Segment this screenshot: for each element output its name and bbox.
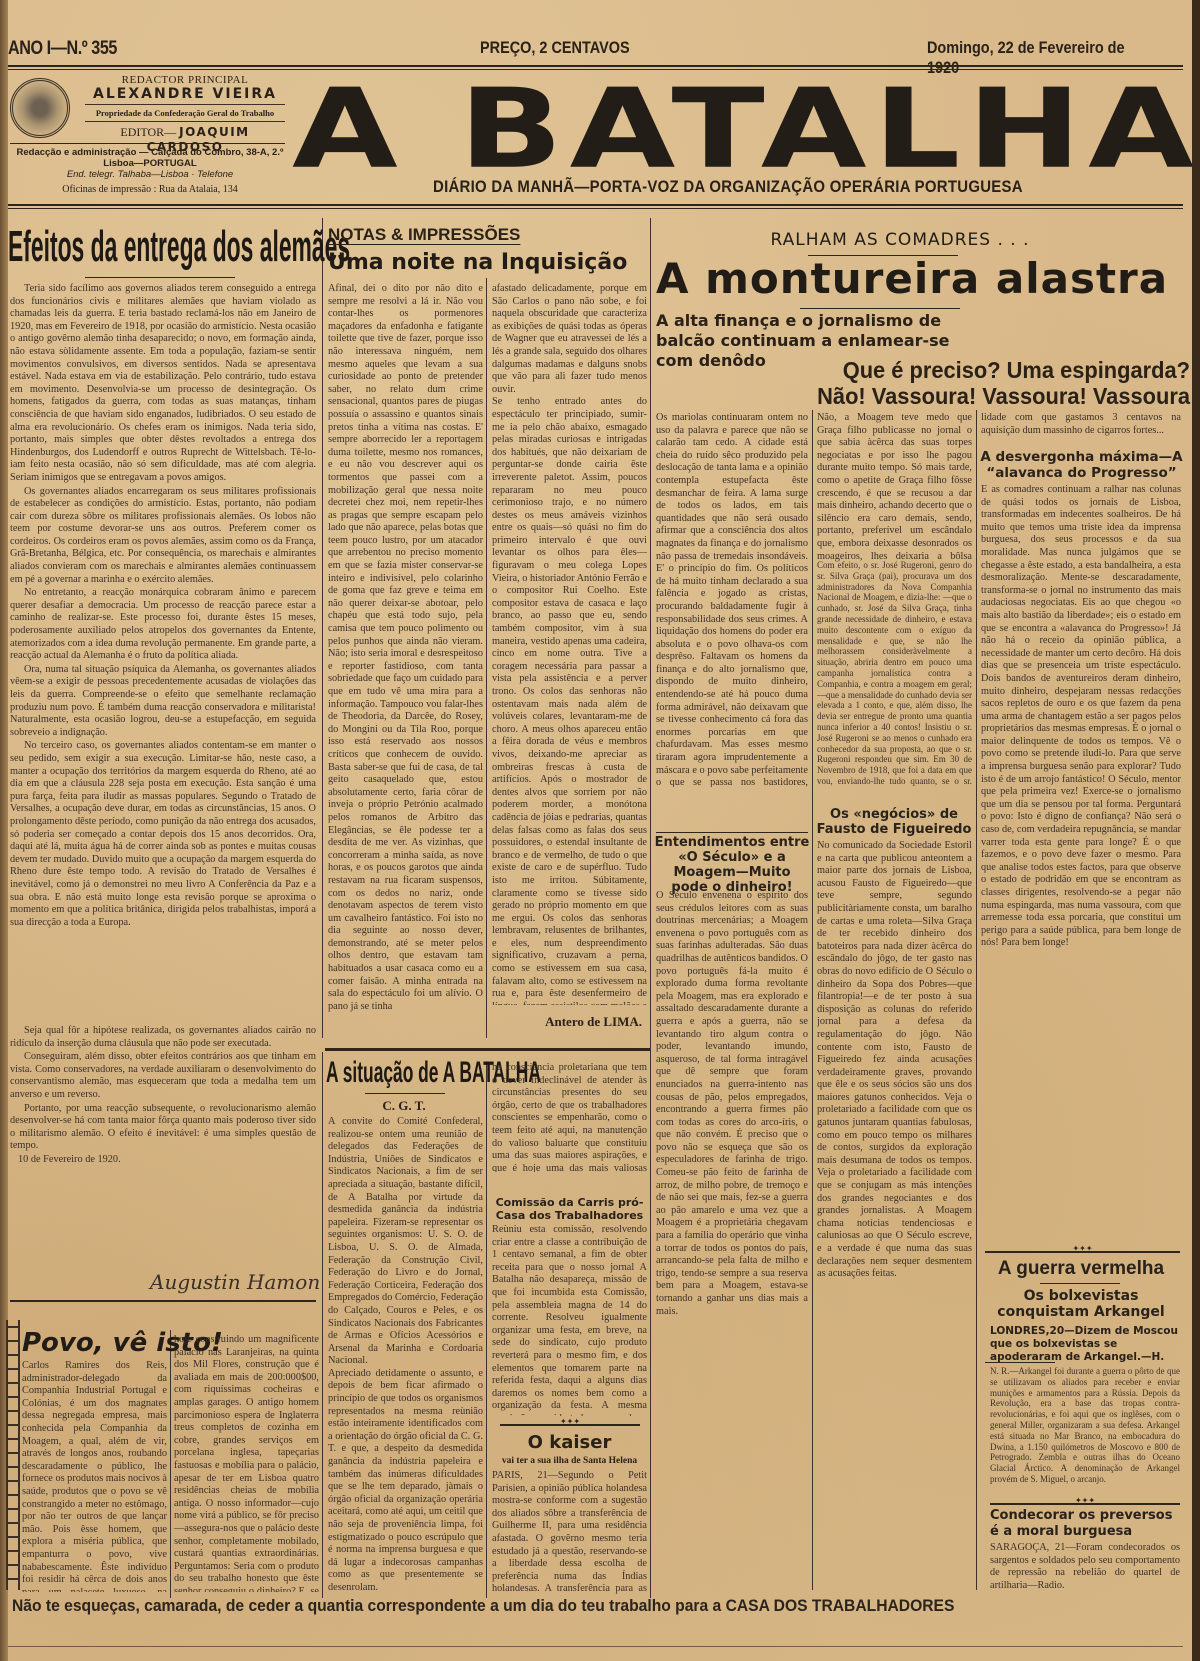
property-line: Propriedade da Confederação Geral do Tra… bbox=[85, 105, 285, 122]
column-rule bbox=[976, 410, 977, 1590]
city-line: Lisboa—PORTUGAL bbox=[15, 158, 285, 169]
article-povo-col2: hoje construindo um magnificente palácio… bbox=[174, 1334, 319, 1592]
paragraph: Os governantes aliados encarregaram os s… bbox=[10, 486, 316, 587]
headline-condecorar: Condecorar os preversos é a moral burgue… bbox=[990, 1508, 1180, 1540]
section-guerra-vermelha: A guerra vermelha bbox=[981, 1258, 1181, 1280]
address-box: Redacção e administração — Calçada do Co… bbox=[15, 147, 285, 195]
paragraph: Ora, numa tal situação psíquica da Alema… bbox=[10, 664, 316, 740]
column-rule bbox=[650, 218, 651, 1598]
subhead-cgt: C. G. T. bbox=[326, 1098, 482, 1114]
column-rule bbox=[486, 1062, 487, 1598]
address-line: Redacção e administração — Calçada do Co… bbox=[15, 147, 285, 158]
arkangel-lead: LONDRES,20—Dizem de Moscou que os bolxev… bbox=[990, 1325, 1180, 1364]
arkangel-note: N. R.—Arkangel foi durante a guerra o pô… bbox=[990, 1366, 1180, 1498]
paragraph: No entretanto, a reacção monárquica cobr… bbox=[10, 587, 316, 663]
newspaper-page: ANO I—N.º 355 PREÇO, 2 CENTAVOS Domingo,… bbox=[0, 0, 1192, 1661]
column-rule bbox=[812, 410, 813, 1590]
headline-rule bbox=[1040, 1283, 1120, 1284]
masthead-bottom-rule bbox=[8, 204, 1183, 206]
article-efeitos-body-lower: Seja qual fôr a hipótese realizada, os g… bbox=[10, 1025, 316, 1255]
box-rule bbox=[10, 143, 285, 144]
editor-name: ALEXANDRE VIEIRA bbox=[85, 86, 285, 105]
column-rule bbox=[322, 1052, 323, 1598]
section-rule bbox=[325, 1048, 650, 1051]
headline-rule bbox=[85, 277, 235, 278]
issue-number: ANO I—N.º 355 bbox=[8, 38, 117, 60]
section-rule bbox=[656, 832, 808, 833]
headline-kaiser: O kaiser bbox=[492, 1432, 647, 1453]
article-situacao-col1: A convite do Comité Confederal, realizou… bbox=[328, 1116, 483, 1596]
column-rule bbox=[486, 278, 487, 1038]
ornament-divider bbox=[500, 1424, 640, 1426]
article-notas-col1: Afinal, dei o dito por não dito e sempre… bbox=[328, 283, 483, 1038]
article-notas-col2: afastado delicadamente, porque em São Ca… bbox=[492, 283, 647, 1005]
paragraph: Portanto, por uma reacção subsequente, o… bbox=[10, 1103, 316, 1153]
print-line: Oficinas de impressão : Rua da Atalaia, … bbox=[15, 184, 285, 195]
kicker-notas: NOTAS & IMPRESSÕES bbox=[328, 225, 520, 245]
column-rule bbox=[322, 218, 323, 1038]
section-rule bbox=[985, 1362, 1055, 1363]
page-bottom-rule bbox=[8, 1646, 1183, 1647]
headline-montureira: A montureira alastra bbox=[656, 258, 1168, 300]
moagem-quote: Com efeito, o sr. José Rugeroni, genro d… bbox=[817, 560, 972, 788]
article-povo-col1: Carlos Ramires dos Reis, administrador-d… bbox=[22, 1360, 167, 1592]
subhead-carris: Comissão da Carris pró-Casa dos Trabalha… bbox=[492, 1196, 647, 1222]
headline-arkangel: Os bolxevistas conquistam Arkangel bbox=[981, 1288, 1181, 1320]
headline-efeitos: Efeitos da entrega dos alemães bbox=[8, 225, 350, 269]
footer-appeal: Não te esqueças, camarada, de ceder a qu… bbox=[12, 1596, 954, 1616]
article-montureira-col3: lidade com que gastamos 3 centavos na aq… bbox=[981, 412, 1181, 448]
subhead-desvergonha: A desvergonha máxima—A “alavanca do Prog… bbox=[979, 450, 1184, 481]
editor-label: REDACTOR PRINCIPAL bbox=[85, 74, 285, 86]
ornament-divider bbox=[990, 1503, 1180, 1505]
article-situacao-col2: na consciência proletariana que tem o de… bbox=[492, 1062, 647, 1172]
subhead-entendimentos: Entendimentos entre «O Século» e a Moage… bbox=[654, 836, 810, 896]
article-montureira-col1b: O Século envenena o espírito dos seus cr… bbox=[656, 890, 808, 1590]
article-montureira-col3b: E as comadres continuam a ralhar nas col… bbox=[981, 484, 1181, 1244]
paragraph: Teria sido facílimo aos governos aliados… bbox=[10, 283, 316, 485]
deck-vassoura: Que é preciso? Uma espingarda? Não! Vass… bbox=[791, 357, 1190, 409]
telegraph-line: End. telegr. Talhaba—Lisboa · Telefone bbox=[15, 169, 285, 180]
headline-rule bbox=[800, 308, 960, 309]
byline-antero: Antero de LIMA. bbox=[492, 1014, 642, 1030]
kicker-ralham: RALHAM AS COMADRES . . . bbox=[650, 232, 1150, 249]
subhead-kaiser: vai ter a sua ilha de Santa Helena bbox=[492, 1456, 647, 1466]
decorative-border bbox=[6, 1320, 20, 1590]
ornament-divider bbox=[985, 1251, 1180, 1253]
signature: Augustin Hamon bbox=[150, 1270, 320, 1294]
subhead-negocios: Os «negócios» de Fausto de Figueiredo bbox=[815, 808, 973, 838]
paragraph: Conseguiram, além disso, obter efeitos c… bbox=[10, 1051, 316, 1101]
article-montureira-col2b: No comunicado da Sociedade Estoril e na … bbox=[817, 840, 972, 1590]
column-rule bbox=[170, 1330, 171, 1598]
price: PREÇO, 2 CENTAVOS bbox=[480, 38, 630, 58]
cgt-seal-icon bbox=[10, 78, 70, 138]
section-rule bbox=[10, 1300, 316, 1302]
headline-noite: Uma noite na Inquisição bbox=[328, 252, 627, 274]
article-montureira-col2: Não, a Moagem teve medo que Graça filho … bbox=[817, 412, 972, 562]
newspaper-title: A BATALHA bbox=[292, 74, 1192, 184]
masthead-bottom-rule-2 bbox=[8, 208, 1183, 209]
editor2-label: EDITOR— bbox=[120, 125, 176, 139]
condecorar-body: SARAGOÇA, 21—Foram condecorados os sarge… bbox=[990, 1542, 1180, 1592]
headline-rule bbox=[365, 1093, 445, 1094]
article-montureira-col1: Os mariolas continuaram ontem no uso da … bbox=[656, 412, 808, 787]
article-kaiser-body: PARIS, 21—Segundo o Petit Parisien, a op… bbox=[492, 1470, 647, 1594]
paragraph: No terceiro caso, os governantes aliados… bbox=[10, 740, 316, 929]
dateline: 10 de Fevereiro de 1920. bbox=[10, 1154, 316, 1167]
paragraph: Seja qual fôr a hipótese realizada, os g… bbox=[10, 1025, 316, 1050]
article-efeitos-body: Teria sido facílimo aos governos aliados… bbox=[10, 283, 316, 1023]
article-carris-body: Reùniu esta comissão, resolvendo criar e… bbox=[492, 1224, 647, 1416]
newspaper-subtitle: DIÁRIO DA MANHÃ—PORTA-VOZ DA ORGANIZAÇÃO… bbox=[433, 177, 1023, 197]
